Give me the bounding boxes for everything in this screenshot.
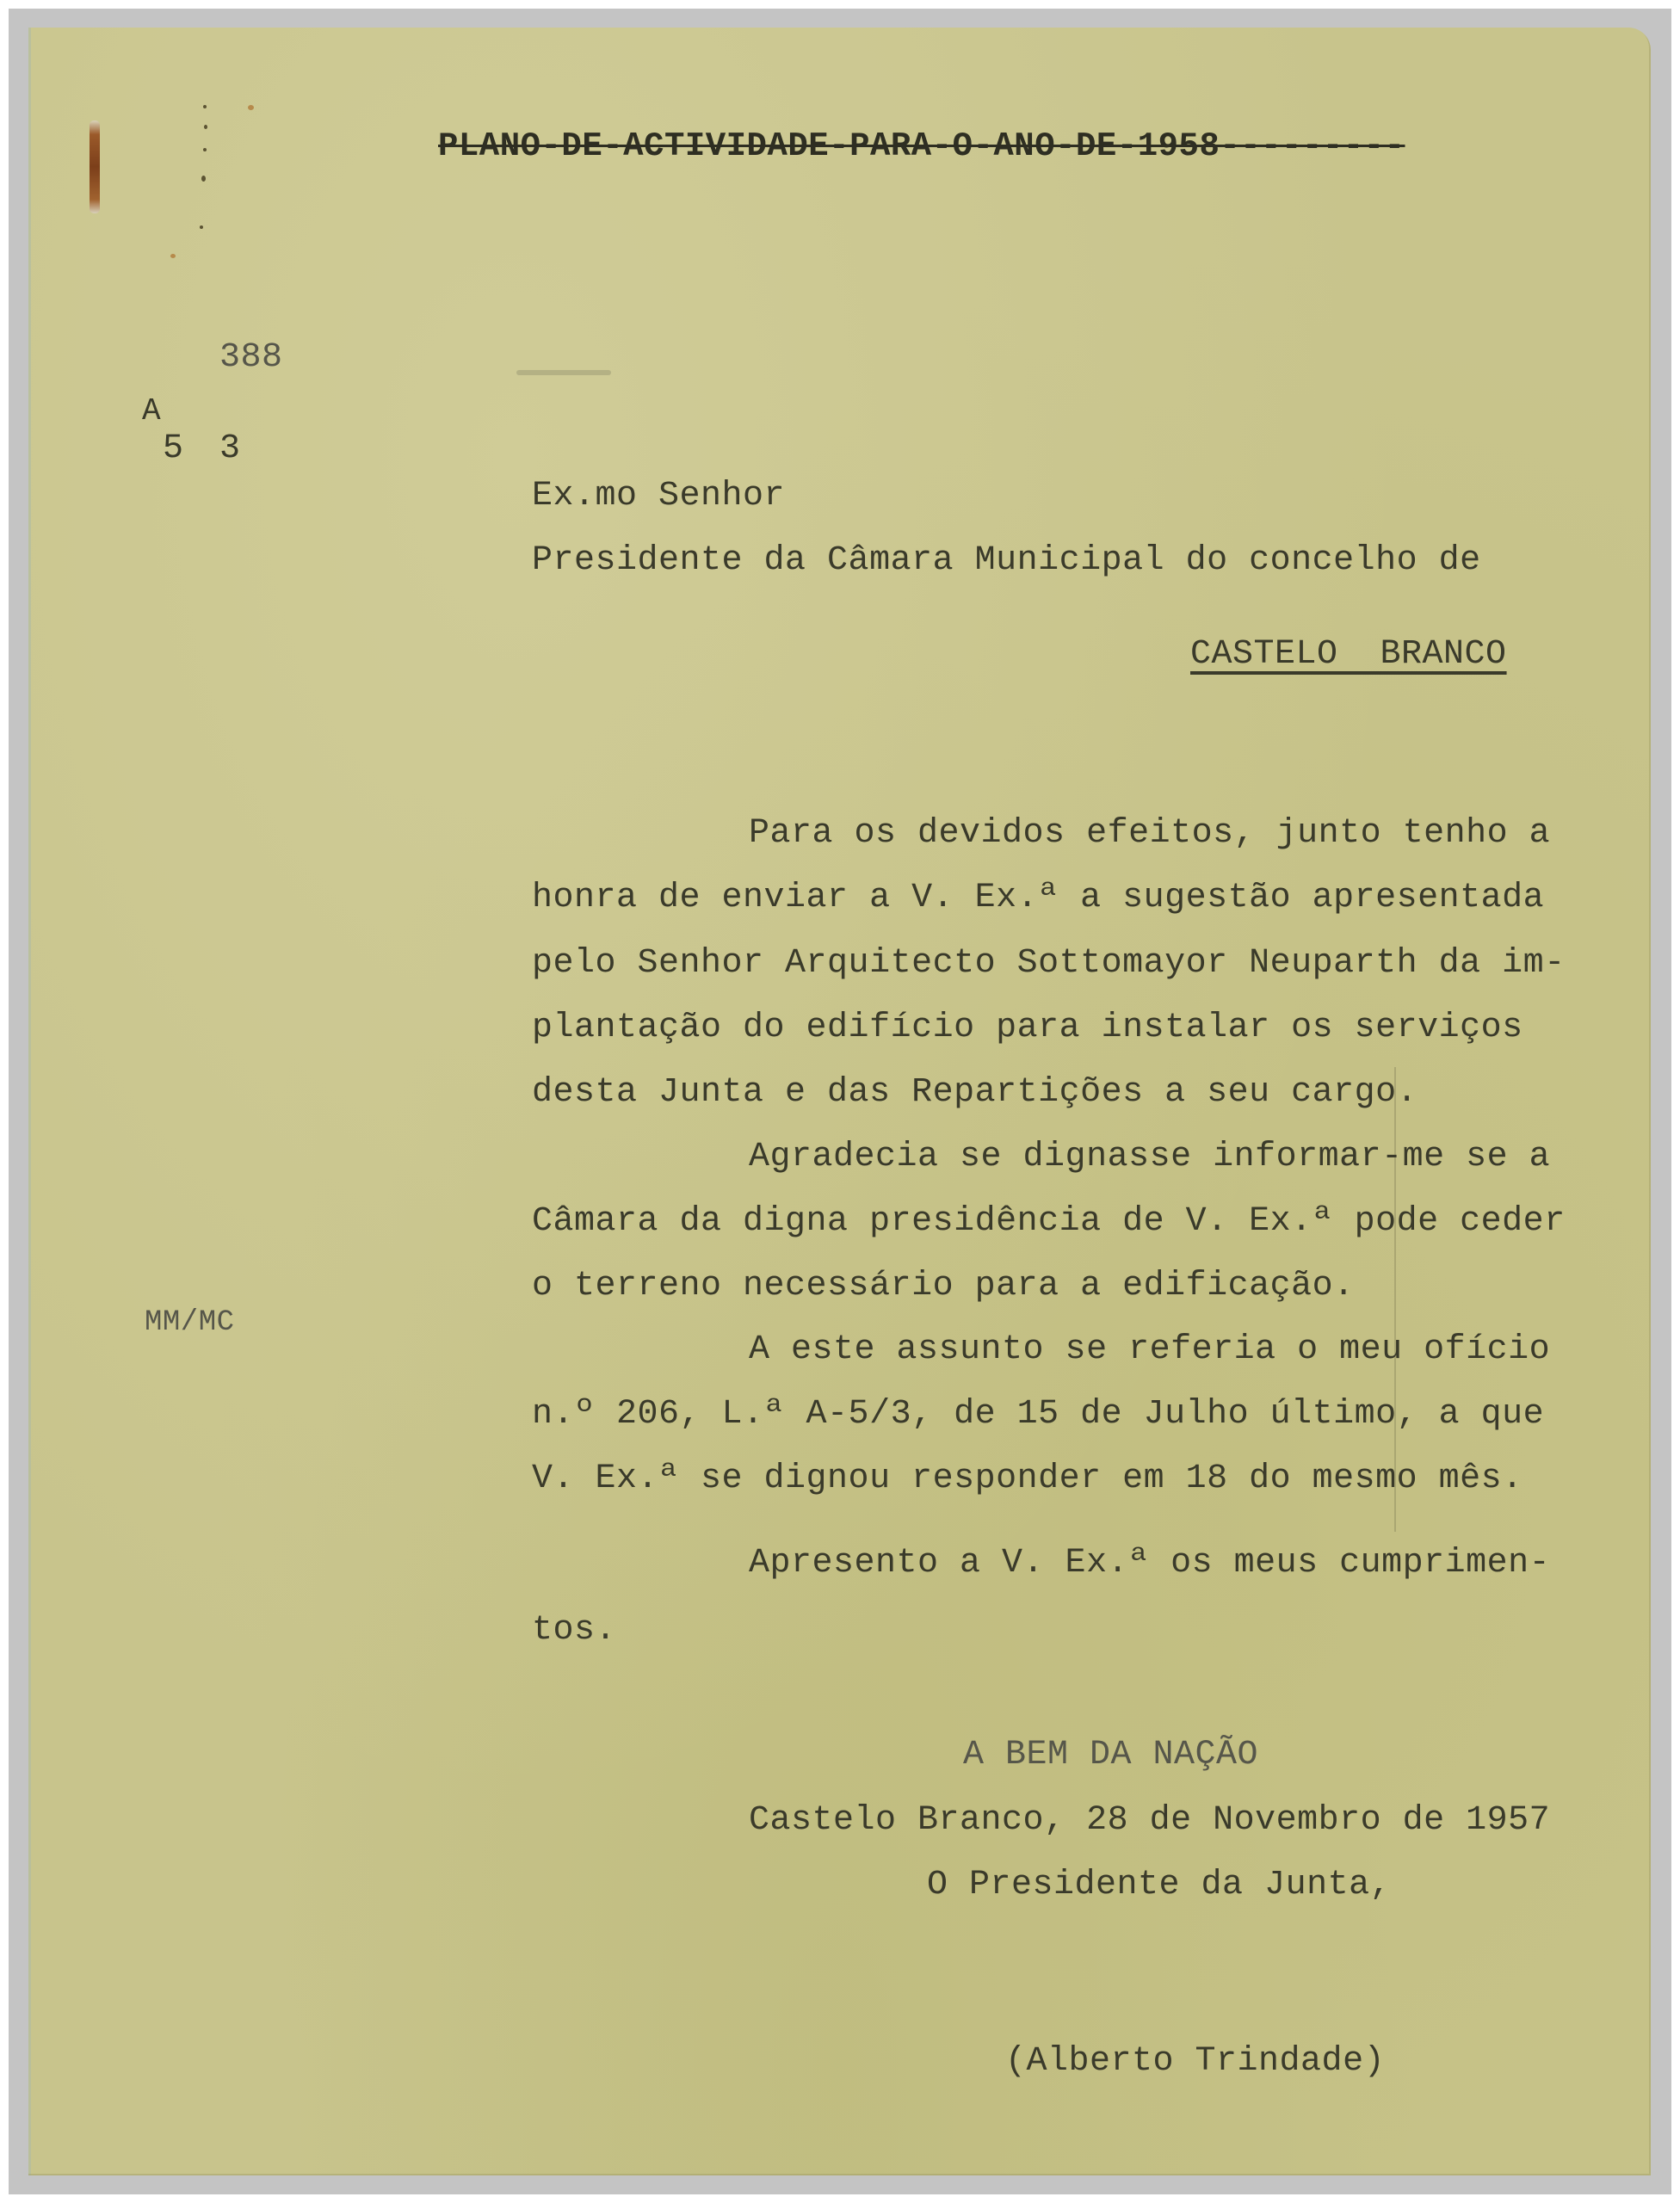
hole-speck [201,176,206,182]
hole-speck [200,225,203,229]
struck-title: PLANO-DE-ACTIVIDADE-PARA-O-ANO-DE-1958--… [438,129,1405,164]
margin-letter: A [142,394,161,429]
body-line: tos. [532,1614,616,1648]
addressee-line: Presidente da Câmara Municipal do concel… [532,544,1481,578]
hole-speck [204,125,207,129]
body-line: Agradecia se dignasse informar-me se a [749,1140,1550,1175]
addressee-city: CASTELO BRANCO [1190,638,1507,672]
body-line: honra de enviar a V. Ex.ª a sugestão apr… [532,881,1544,916]
typist-initials: MM/MC [145,1305,235,1340]
rust-speck [170,254,176,258]
body-line: A este assunto se referia o meu ofício [749,1333,1550,1367]
body-line: V. Ex.ª se dignou responder em 18 do mes… [532,1462,1523,1496]
margin-digit-right: 3 [219,432,241,466]
body-line: o terreno necessário para a edificação. [532,1269,1355,1304]
reference-number: 388 [219,341,283,375]
hole-speck [203,148,207,151]
body-line: desta Junta e das Repartições a seu carg… [532,1076,1417,1110]
rust-speck [248,105,254,110]
signatory-title: O Presidente da Junta, [927,1868,1391,1903]
body-line: n.º 206, L.ª A-5/3, de 15 de Julho últim… [532,1398,1544,1432]
body-line: plantação do edifício para instalar os s… [532,1011,1523,1046]
salutation: Ex.mo Senhor [532,479,785,514]
faint-smudge [516,370,611,375]
signatory-name: (Alberto Trindade) [1005,2045,1385,2079]
hole-speck [203,105,207,108]
body-line: Câmara da digna presidência de V. Ex.ª p… [532,1205,1566,1239]
margin-digit-left: 5 [163,432,184,466]
staple-rust-mark [90,120,100,213]
place-and-date: Castelo Branco, 28 de Novembro de 1957 [749,1804,1550,1838]
closing-motto: A BEM DA NAÇÃO [963,1738,1258,1773]
body-line: pelo Senhor Arquitecto Sottomayor Neupar… [532,947,1566,981]
body-line: Apresento a V. Ex.ª os meus cumprimen- [749,1546,1550,1581]
body-line: Para os devidos efeitos, junto tenho a [749,817,1550,851]
